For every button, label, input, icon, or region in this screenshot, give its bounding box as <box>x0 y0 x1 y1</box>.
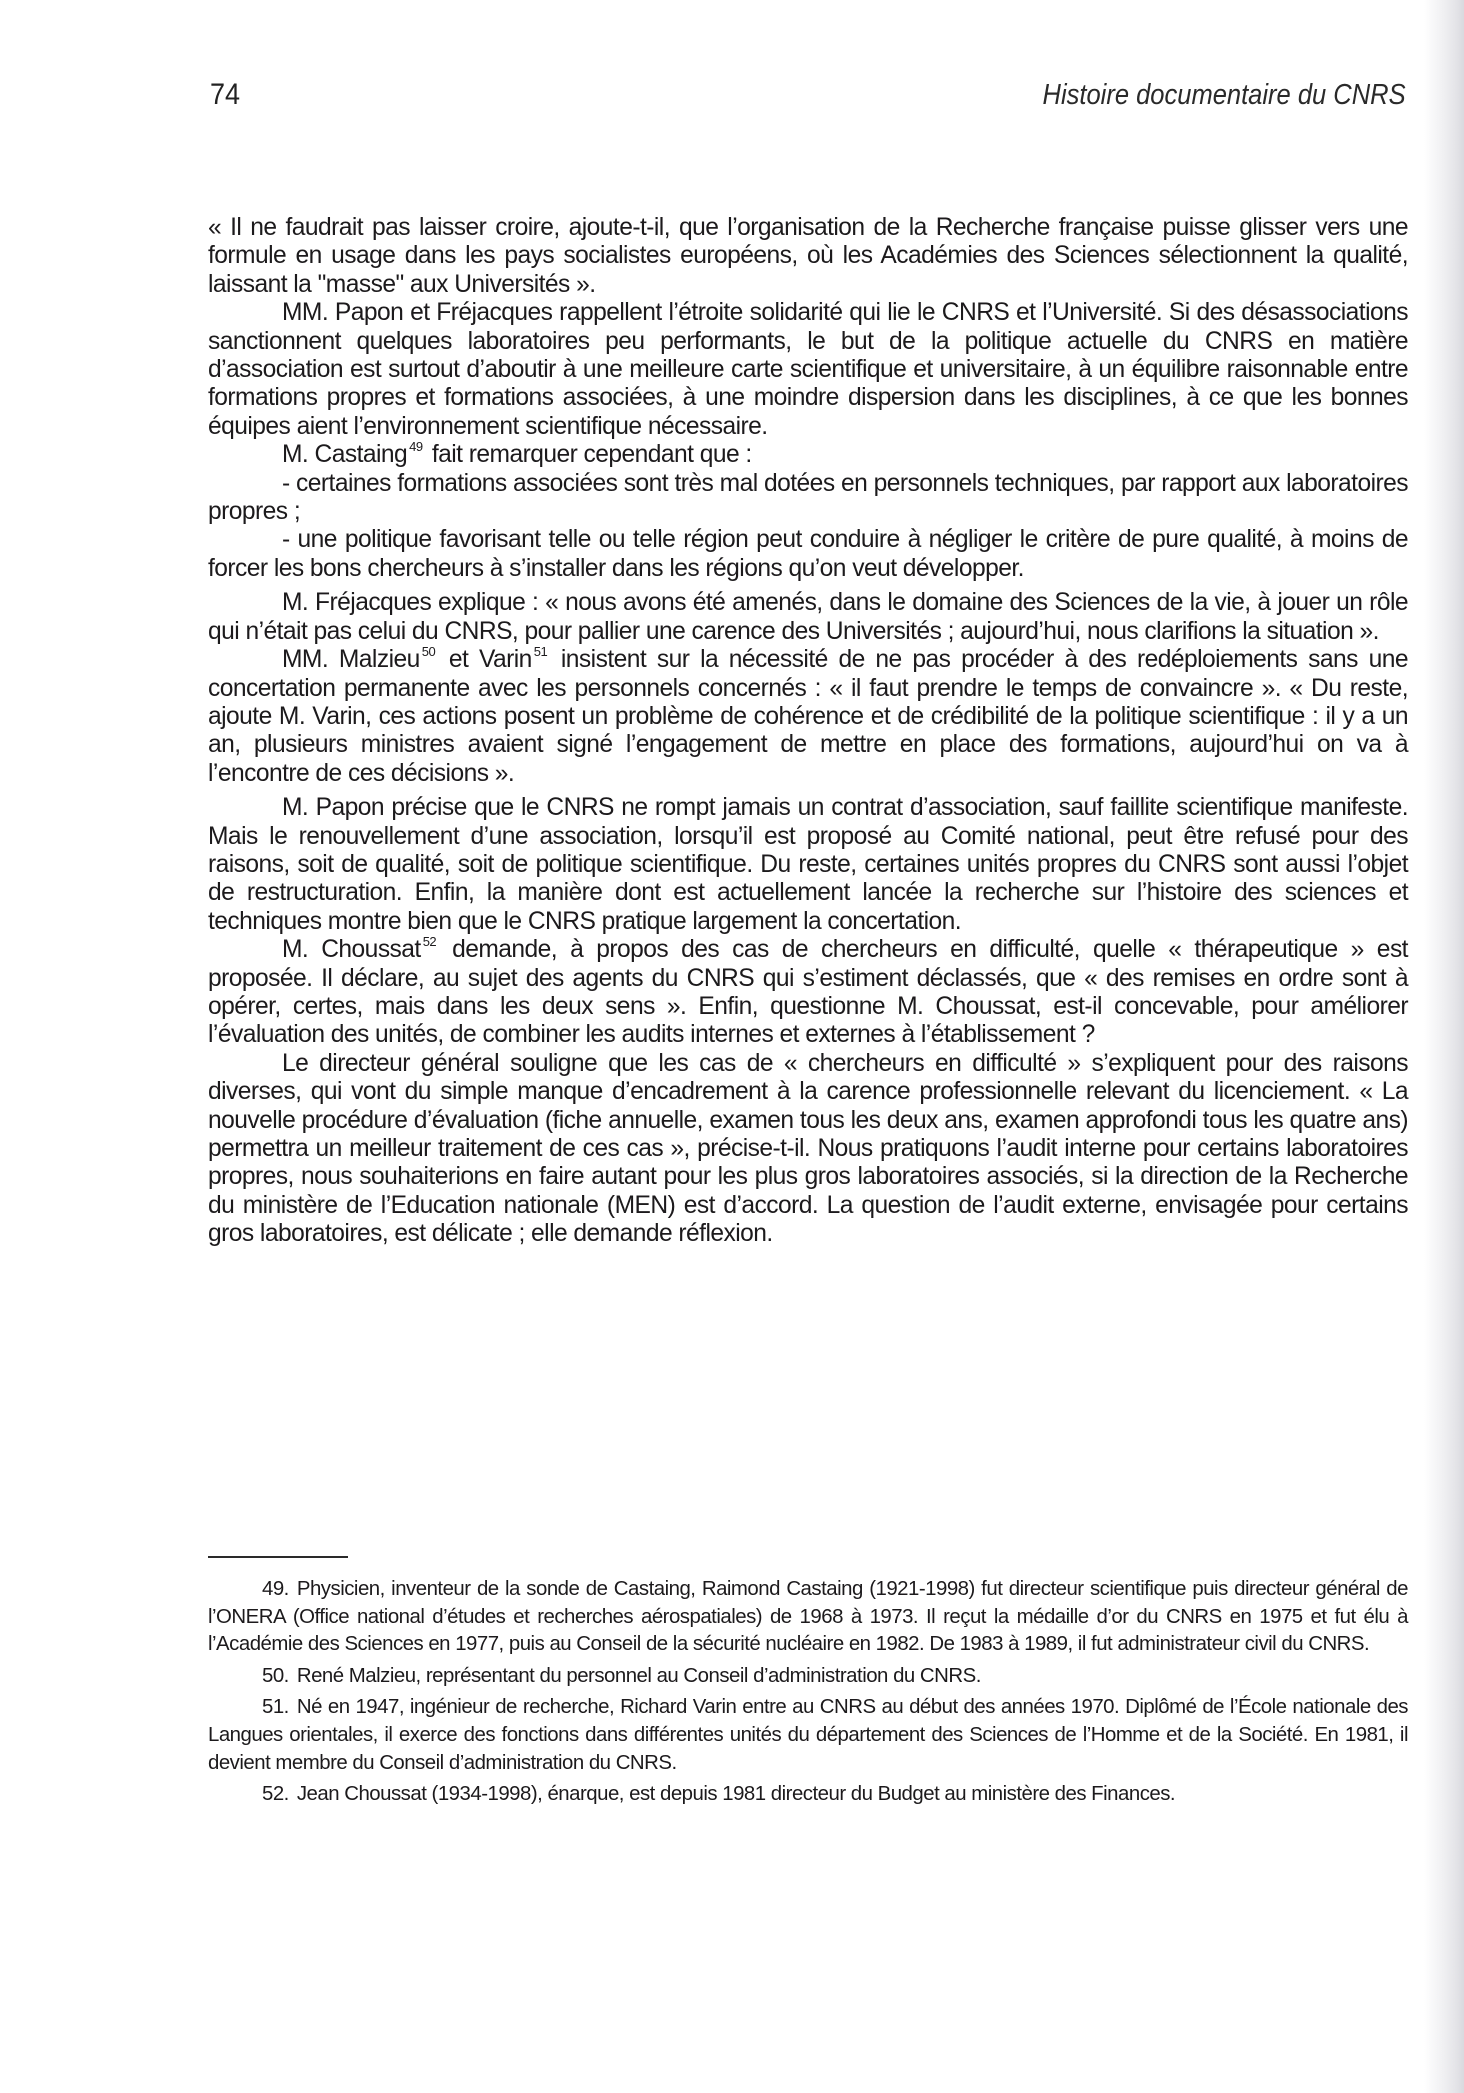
footnote-text: Physicien, inventeur de la sonde de Cast… <box>208 1578 1408 1655</box>
paragraph-frejacques: M. Fréjacques explique : « nous avons ét… <box>208 589 1408 646</box>
footnote-number: 50. <box>262 1665 289 1687</box>
footnote-text: Né en 1947, ingénieur de recherche, Rich… <box>208 1696 1408 1773</box>
paragraph-text: M. Choussat <box>282 936 421 963</box>
footnote-50: 50.René Malzieu, représentant du personn… <box>208 1663 1408 1691</box>
paragraph-directeur-general: Le directeur général souligne que les ca… <box>208 1050 1408 1249</box>
footnote-number: 49. <box>262 1578 289 1600</box>
paragraph-malzieu-varin: MM. Malzieu50 et Varin51 insistent sur l… <box>208 646 1408 788</box>
footnote-number: 51. <box>262 1696 289 1718</box>
footnote-ref-49[interactable]: 49 <box>409 439 422 454</box>
footnotes: 49.Physicien, inventeur de la sonde de C… <box>208 1576 1408 1813</box>
page-edge-shadow <box>1424 0 1464 2093</box>
footnote-ref-52[interactable]: 52 <box>423 934 436 949</box>
paragraph-text: et Varin <box>449 646 532 673</box>
paragraph-bullet-1: - certaines formations associées sont tr… <box>208 470 1408 527</box>
footnote-ref-50[interactable]: 50 <box>422 644 435 659</box>
running-header: 74 Histoire documentaire du CNRS <box>210 78 1406 118</box>
footnote-text: Jean Choussat (1934-1998), énarque, est … <box>297 1783 1175 1805</box>
paragraph-quote-continuation: « Il ne faudrait pas laisser croire, ajo… <box>208 214 1408 299</box>
page-number: 74 <box>210 78 240 112</box>
paragraph-papon: M. Papon précise que le CNRS ne rompt ja… <box>208 794 1408 936</box>
paragraph-papon-frejacques: MM. Papon et Fréjacques rappellent l’étr… <box>208 299 1408 441</box>
footnote-49: 49.Physicien, inventeur de la sonde de C… <box>208 1576 1408 1659</box>
paragraph-text: MM. Malzieu <box>282 646 420 673</box>
footnote-number: 52. <box>262 1783 289 1805</box>
paragraph-text: M. Castaing <box>282 441 407 468</box>
footnote-52: 52.Jean Choussat (1934-1998), énarque, e… <box>208 1781 1408 1809</box>
footnote-separator <box>208 1556 348 1558</box>
footnote-51: 51.Né en 1947, ingénieur de recherche, R… <box>208 1694 1408 1777</box>
paragraph-text: fait remarquer cependant que : <box>432 441 752 468</box>
body-text: « Il ne faudrait pas laisser croire, ajo… <box>208 214 1408 1249</box>
footnote-text: René Malzieu, représentant du personnel … <box>297 1665 981 1687</box>
paragraph-choussat: M. Choussat52 demande, à propos des cas … <box>208 936 1408 1050</box>
running-title: Histoire documentaire du CNRS <box>1043 79 1406 112</box>
paragraph-bullet-2: - une politique favorisant telle ou tell… <box>208 526 1408 583</box>
paragraph-castaing: M. Castaing49 fait remarquer cependant q… <box>208 441 1408 469</box>
footnote-ref-51[interactable]: 51 <box>534 644 547 659</box>
